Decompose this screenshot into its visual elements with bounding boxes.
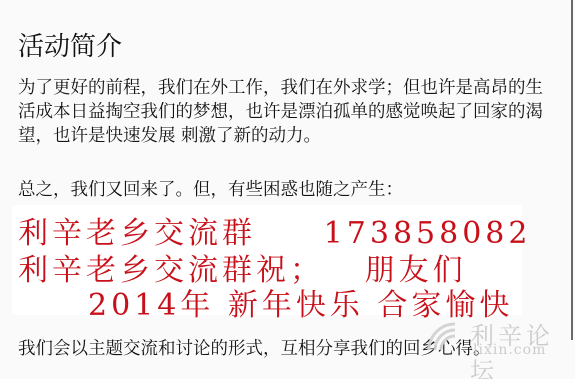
summary-paragraph: 总之，我们又回来了。但，有些困惑也随之产生： xyxy=(18,178,543,202)
intro-paragraph: 为了更好的前程，我们在外工作，我们在外求学；但也许是高昂的生活成本日益掏空我们的… xyxy=(18,76,543,148)
site-watermark: 利辛论坛 lixin.com xyxy=(425,316,575,356)
rss-like-logo-icon xyxy=(425,320,465,354)
watermark-url: lixin.com xyxy=(473,342,546,358)
right-border-rule xyxy=(571,0,573,340)
page-title: 活动简介 xyxy=(18,26,122,63)
